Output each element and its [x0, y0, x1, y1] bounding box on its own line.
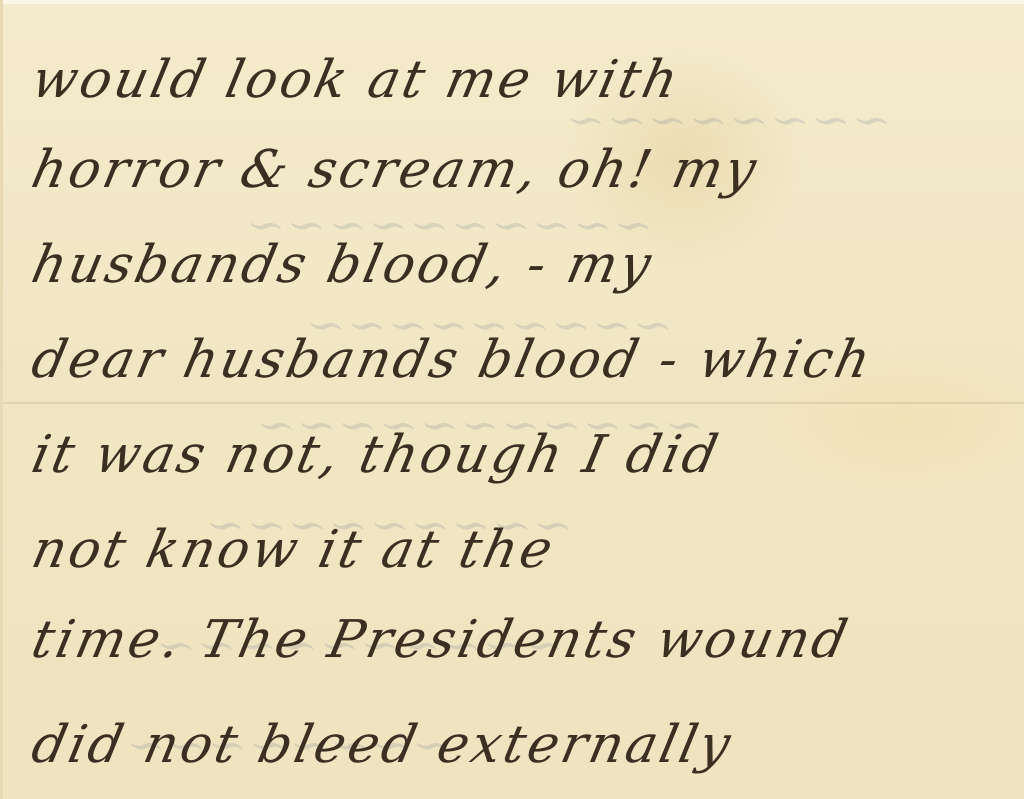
letter-page: ~~~~~~~~ ~~~~~~~~~~ ~~~~~~~~~ ~~~~~~~~~~…: [0, 0, 1024, 799]
handwritten-line: did not bleed externally: [27, 715, 739, 775]
handwritten-line: husbands blood, - my: [27, 235, 659, 295]
handwritten-line: time. The Presidents wound: [27, 610, 856, 670]
paper-top-edge: [3, 0, 1024, 4]
handwritten-line: dear husbands blood - which: [27, 330, 879, 390]
handwritten-line: horror & scream, oh! my: [27, 140, 765, 200]
handwritten-line: would look at me with: [27, 50, 686, 110]
handwritten-line: it was not, though I did: [27, 425, 726, 485]
handwritten-line: not know it at the: [27, 520, 561, 580]
